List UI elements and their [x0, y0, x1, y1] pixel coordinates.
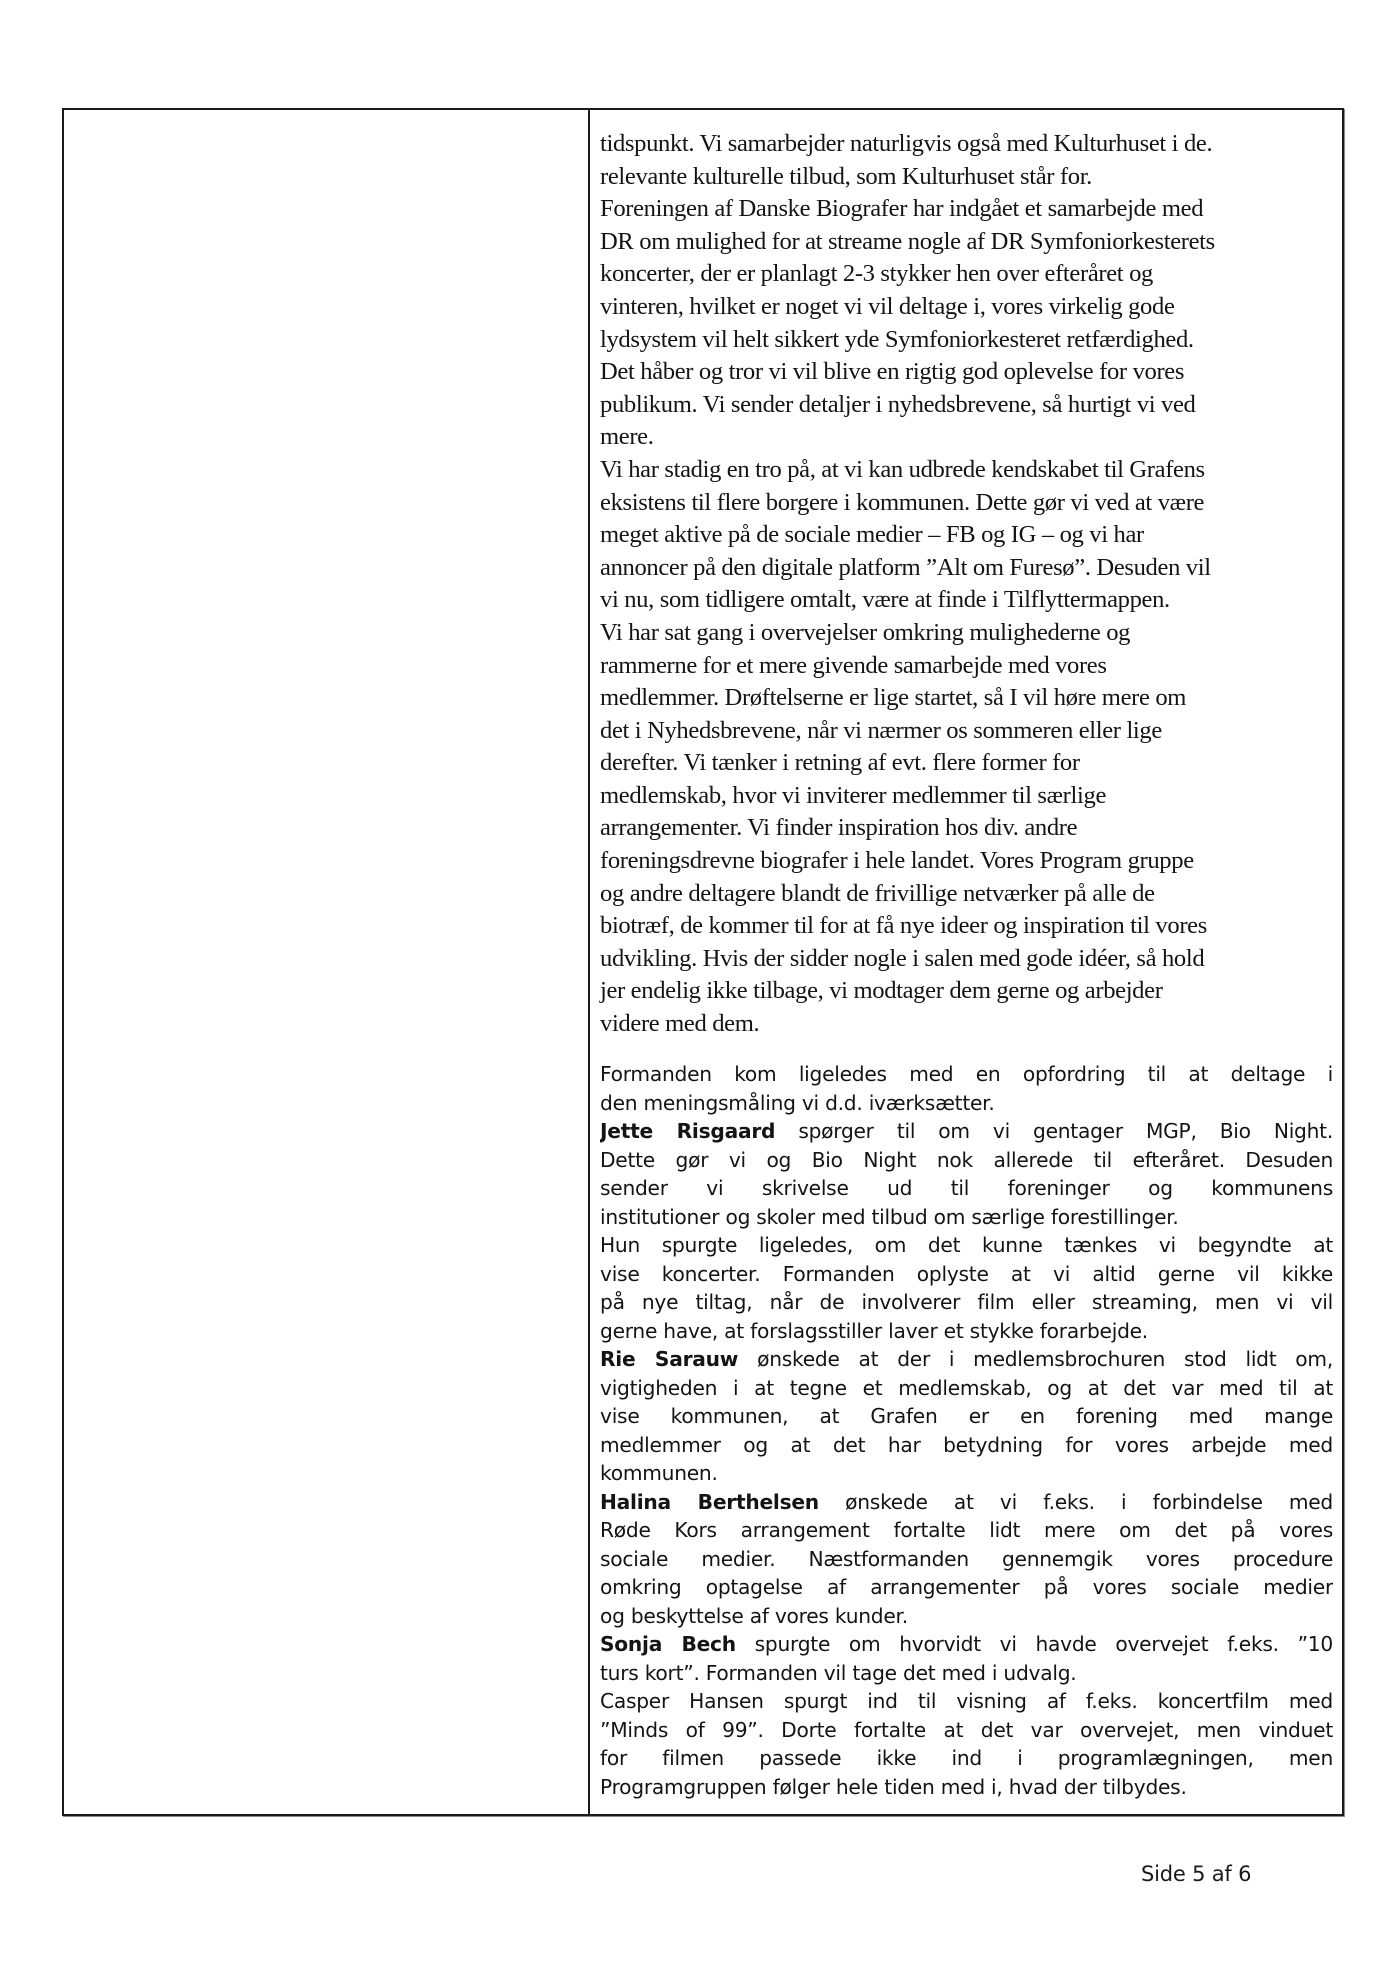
- text-line: tidspunkt. Vi samarbejder naturligvis og…: [600, 128, 1335, 161]
- text-line: medlemmer og at det har betydning for vo…: [600, 1431, 1333, 1460]
- text-line: Røde Kors arrangement fortalte lidt mere…: [600, 1516, 1333, 1545]
- text-line: og andre deltagere blandt de frivillige …: [600, 878, 1335, 911]
- text-line: relevante kulturelle tilbud, som Kulturh…: [600, 161, 1335, 194]
- text-line: Casper Hansen spurgt ind til visning af …: [600, 1687, 1333, 1716]
- text-line: sender vi skrivelse ud til foreninger og…: [600, 1174, 1333, 1203]
- speaker-name: Rie Sarauw: [600, 1347, 738, 1371]
- text-line: jer endelig ikke tilbage, vi modtager de…: [600, 975, 1335, 1008]
- text-line: den meningsmåling vi d.d. iværksætter.: [600, 1089, 1333, 1118]
- text-line: Det håber og tror vi vil blive en rigtig…: [600, 356, 1335, 389]
- text-line: Hun spurgte ligeledes, om det kunne tænk…: [600, 1231, 1333, 1260]
- speaker-entry-first-line: Jette Risgaard spørger til om vi gentage…: [600, 1117, 1333, 1146]
- right-column-cell: tidspunkt. Vi samarbejder naturligvis og…: [600, 110, 1335, 1814]
- text-line: udvikling. Hvis der sidder nogle i salen…: [600, 943, 1335, 976]
- text-line: medlemskab, hvor vi inviterer medlemmer …: [600, 780, 1335, 813]
- text-fragment: spurgte om hvorvidt vi havde overvejet f…: [736, 1632, 1333, 1656]
- text-line: omkring optagelse af arrangementer på vo…: [600, 1573, 1333, 1602]
- text-line: publikum. Vi sender detaljer i nyhedsbre…: [600, 389, 1335, 422]
- text-line: DR om mulighed for at streame nogle af D…: [600, 226, 1335, 259]
- text-line: meget aktive på de sociale medier – FB o…: [600, 519, 1335, 552]
- text-line: Formanden kom ligeledes med en opfordrin…: [600, 1060, 1333, 1089]
- text-line: vigtigheden i at tegne et medlemskab, og…: [600, 1374, 1333, 1403]
- text-line: Vi har sat gang i overvejelser omkring m…: [600, 617, 1335, 650]
- speaker-entry-first-line: Sonja Bech spurgte om hvorvidt vi havde …: [600, 1630, 1333, 1659]
- speaker-entry-first-line: Halina Berthelsen ønskede at vi f.eks. i…: [600, 1488, 1333, 1517]
- text-line: medlemmer. Drøftelserne er lige startet,…: [600, 682, 1335, 715]
- speaker-entry-first-line: Rie Sarauw ønskede at der i medlemsbroch…: [600, 1345, 1333, 1374]
- text-line: og beskyttelse af vores kunder.: [600, 1602, 1333, 1631]
- text-line: lydsystem vil helt sikkert yde Symfonior…: [600, 324, 1335, 357]
- text-line: eksistens til flere borgere i kommunen. …: [600, 487, 1335, 520]
- text-line: Vi har stadig en tro på, at vi kan udbre…: [600, 454, 1335, 487]
- text-line: Dette gør vi og Bio Night nok allerede t…: [600, 1146, 1333, 1175]
- text-line: koncerter, der er planlagt 2-3 stykker h…: [600, 258, 1335, 291]
- minutes-table: tidspunkt. Vi samarbejder naturligvis og…: [62, 108, 1344, 1816]
- text-line: vinteren, hvilket er noget vi vil deltag…: [600, 291, 1335, 324]
- text-fragment: spørger til om vi gentager MGP, Bio Nigh…: [775, 1119, 1333, 1143]
- text-line: vi nu, som tidligere omtalt, være at fin…: [600, 584, 1335, 617]
- text-fragment: ønskede at vi f.eks. i forbindelse med: [819, 1490, 1333, 1514]
- member-questions-section: Formanden kom ligeledes med en opfordrin…: [600, 1060, 1333, 1801]
- text-line: mere.: [600, 421, 1335, 454]
- speaker-name: Jette Risgaard: [600, 1119, 775, 1143]
- text-line: det i Nyhedsbrevene, når vi nærmer os so…: [600, 715, 1335, 748]
- text-line: Foreningen af Danske Biografer har indgå…: [600, 193, 1335, 226]
- text-line: derefter. Vi tænker i retning af evt. fl…: [600, 747, 1335, 780]
- text-line: turs kort”. Formanden vil tage det med i…: [600, 1659, 1333, 1688]
- text-line: institutioner og skoler med tilbud om sæ…: [600, 1203, 1333, 1232]
- text-line: arrangementer. Vi finder inspiration hos…: [600, 812, 1335, 845]
- left-column-cell: [64, 110, 590, 1814]
- text-line: gerne have, at forslagsstiller laver et …: [600, 1317, 1333, 1346]
- speaker-name: Halina Berthelsen: [600, 1490, 819, 1514]
- text-line: vise koncerter. Formanden oplyste at vi …: [600, 1260, 1333, 1289]
- page-number: Side 5 af 6: [1141, 1862, 1251, 1886]
- text-line: Programgruppen følger hele tiden med i, …: [600, 1773, 1333, 1802]
- text-line: for filmen passede ikke ind i programlæg…: [600, 1744, 1333, 1773]
- text-line: sociale medier. Næstformanden gennemgik …: [600, 1545, 1333, 1574]
- text-line: ”Minds of 99”. Dorte fortalte at det var…: [600, 1716, 1333, 1745]
- text-line: videre med dem.: [600, 1008, 1335, 1041]
- speaker-name: Sonja Bech: [600, 1632, 736, 1656]
- text-line: på nye tiltag, når de involverer film el…: [600, 1288, 1333, 1317]
- text-line: rammerne for et mere givende samarbejde …: [600, 650, 1335, 683]
- text-line: vise kommunen, at Grafen er en forening …: [600, 1402, 1333, 1431]
- text-line: foreningsdrevne biografer i hele landet.…: [600, 845, 1335, 878]
- report-text-section: tidspunkt. Vi samarbejder naturligvis og…: [600, 128, 1335, 1041]
- text-line: biotræf, de kommer til for at få nye ide…: [600, 910, 1335, 943]
- text-line: annoncer på den digitale platform ”Alt o…: [600, 552, 1335, 585]
- text-line: kommunen.: [600, 1459, 1333, 1488]
- text-fragment: ønskede at der i medlemsbrochuren stod l…: [738, 1347, 1333, 1371]
